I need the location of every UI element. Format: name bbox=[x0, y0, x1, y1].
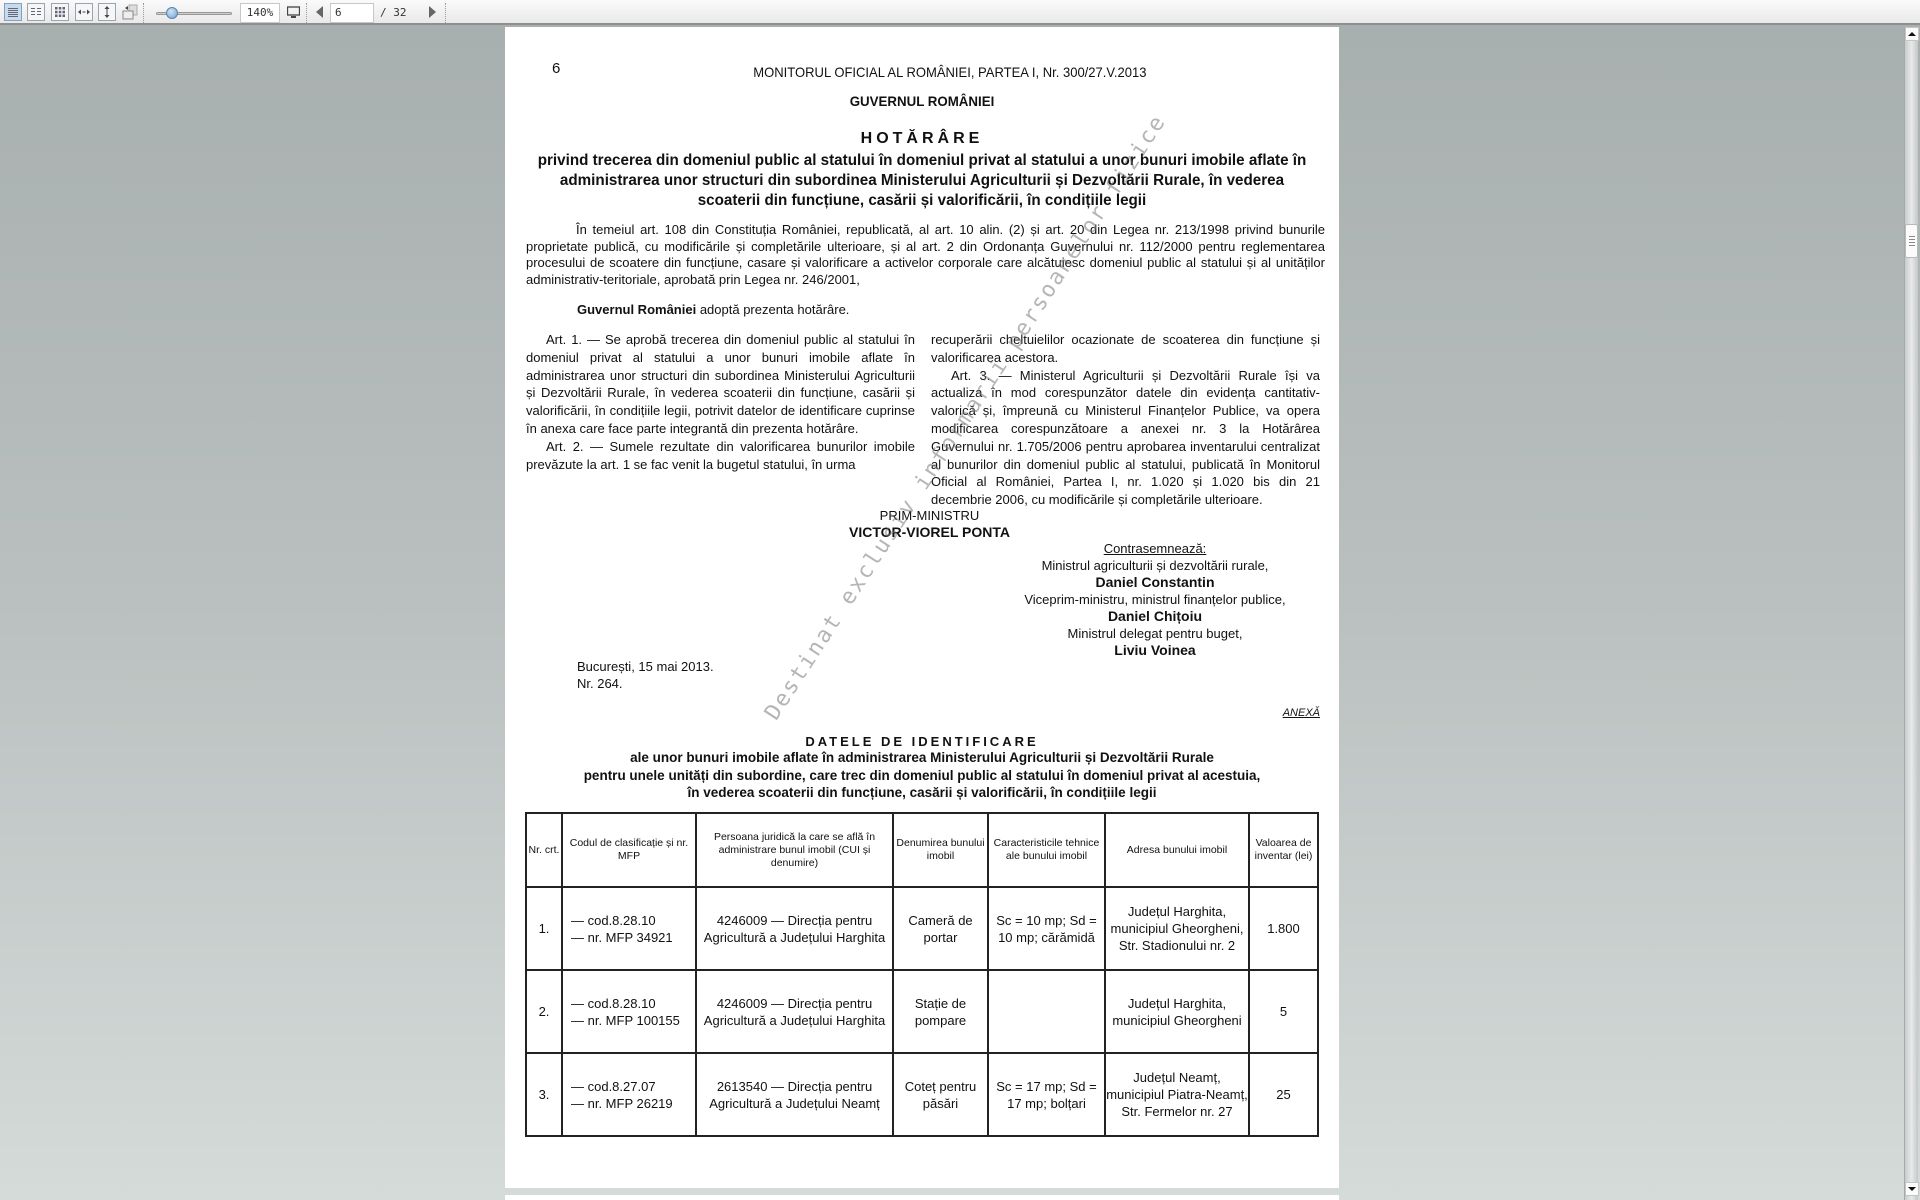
document-type: HOTĂRÂRE bbox=[505, 130, 1339, 148]
countersign-line: Ministrul agriculturii și dezvoltării ru… bbox=[945, 557, 1365, 574]
annex-table: Nr. crt. Codul de clasificație și nr. MF… bbox=[525, 812, 1319, 1137]
prime-minister-title: PRIM-MINISTRU bbox=[505, 508, 1339, 523]
thumbnails-view-button[interactable] bbox=[51, 3, 69, 21]
article-3: Art. 3. — Ministerul Agriculturii și Dez… bbox=[931, 367, 1320, 509]
countersign-line: Ministrul delegat pentru buget, bbox=[945, 625, 1365, 642]
preamble: În temeiul art. 108 din Constituția Româ… bbox=[526, 222, 1325, 288]
thumbnails-view-icon bbox=[54, 6, 66, 18]
presentation-mode-icon[interactable] bbox=[287, 6, 300, 19]
table-cell: 2. bbox=[526, 970, 562, 1053]
table-cell: — cod.8.28.10 — nr. MFP 100155 bbox=[562, 970, 696, 1053]
annex-subtitle-line: ale unor bunuri imobile aflate în admini… bbox=[505, 749, 1339, 767]
table-cell: 5 bbox=[1249, 970, 1318, 1053]
vertical-scrollbar[interactable] bbox=[1904, 27, 1918, 1200]
adoption-line: Guvernul României adoptă prezenta hotărâ… bbox=[577, 302, 849, 317]
two-page-view-button[interactable] bbox=[27, 3, 45, 21]
column-header: Nr. crt. bbox=[526, 813, 562, 887]
issuer: GUVERNUL ROMÂNIEI bbox=[526, 93, 1318, 109]
article-1: Art. 1. — Se aprobă trecerea din domeniu… bbox=[526, 331, 915, 438]
table-cell: Județul Neamț, municipiul Piatra-Neamț, … bbox=[1105, 1053, 1249, 1136]
countersign-line: Daniel Chițoiu bbox=[945, 608, 1365, 625]
scroll-down-button[interactable] bbox=[1905, 1182, 1919, 1196]
toolbar-separator bbox=[306, 3, 308, 23]
single-page-view-icon bbox=[7, 6, 19, 18]
table-cell: 4246009 — Direcția pentru Agricultură a … bbox=[696, 970, 893, 1053]
table-cell: 1.800 bbox=[1249, 887, 1318, 970]
gazette-header: MONITORUL OFICIAL AL ROMÂNIEI, PARTEA I,… bbox=[534, 64, 1310, 80]
table-row: 2.— cod.8.28.10 — nr. MFP 1001554246009 … bbox=[526, 970, 1318, 1053]
table-cell: 25 bbox=[1249, 1053, 1318, 1136]
toolbar-separator bbox=[143, 3, 145, 23]
articles-left-column: Art. 1. — Se aprobă trecerea din domeniu… bbox=[526, 331, 915, 473]
countersign-line: Viceprim-ministru, ministrul finanțelor … bbox=[945, 591, 1365, 608]
column-header: Persoana juridică la care se află în adm… bbox=[696, 813, 893, 887]
articles-right-column: recuperării cheltuielilor ocazionate de … bbox=[931, 331, 1320, 509]
table-cell: 3. bbox=[526, 1053, 562, 1136]
table-cell: Sc = 10 mp; Sd = 10 mp; cărămidă bbox=[988, 887, 1105, 970]
rotate-button[interactable] bbox=[121, 3, 139, 21]
table-header-row: Nr. crt. Codul de clasificație și nr. MF… bbox=[526, 813, 1318, 887]
table-cell: Județul Harghita, municipiul Gheorgheni bbox=[1105, 970, 1249, 1053]
next-page-button[interactable] bbox=[429, 6, 436, 18]
zoom-level-field[interactable]: 140% bbox=[240, 3, 280, 23]
column-header: Adresa bunului imobil bbox=[1105, 813, 1249, 887]
table-cell: 4246009 — Direcția pentru Agricultură a … bbox=[696, 887, 893, 970]
adoption-text: adoptă prezenta hotărâre. bbox=[696, 302, 849, 317]
toolbar-separator bbox=[445, 3, 447, 23]
table-cell: Stație de pompare bbox=[893, 970, 988, 1053]
decision-number: Nr. 264. bbox=[577, 675, 714, 692]
next-document-page bbox=[505, 1195, 1339, 1200]
countersign-line: Liviu Voinea bbox=[945, 642, 1365, 659]
prime-minister-name: VICTOR-VIOREL PONTA bbox=[505, 524, 1339, 540]
table-cell: 2613540 — Direcția pentru Agricultură a … bbox=[696, 1053, 893, 1136]
place-and-number: București, 15 mai 2013. Nr. 264. bbox=[577, 658, 714, 692]
table-row: 1.— cod.8.28.10 — nr. MFP 349214246009 —… bbox=[526, 887, 1318, 970]
table-cell: Coteț pentru păsări bbox=[893, 1053, 988, 1136]
article-2-end: recuperării cheltuielilor ocazionate de … bbox=[931, 331, 1320, 367]
scrollbar-thumb[interactable] bbox=[1905, 224, 1918, 258]
fit-width-icon bbox=[78, 6, 90, 18]
table-cell: — cod.8.28.10 — nr. MFP 34921 bbox=[562, 887, 696, 970]
fit-height-button[interactable] bbox=[98, 3, 116, 21]
place-date: București, 15 mai 2013. bbox=[577, 658, 714, 675]
table-cell: Cameră de portar bbox=[893, 887, 988, 970]
scroll-up-button[interactable] bbox=[1905, 27, 1919, 41]
column-header: Caracteristicile tehnice ale bunului imo… bbox=[988, 813, 1105, 887]
annex-subtitle-line: în vederea scoaterii din funcțiune, casă… bbox=[505, 784, 1339, 802]
document-subtitle: privind trecerea din domeniul public al … bbox=[535, 151, 1308, 211]
table-row: 3.— cod.8.27.07 — nr. MFP 262192613540 —… bbox=[526, 1053, 1318, 1136]
arrow-up-icon bbox=[1908, 32, 1916, 36]
countersign-line: Daniel Constantin bbox=[945, 574, 1365, 591]
table-cell: 1. bbox=[526, 887, 562, 970]
previous-page-button[interactable] bbox=[316, 6, 323, 18]
two-page-view-icon bbox=[30, 6, 42, 18]
viewer-toolbar: 140% 6 / 32 bbox=[0, 0, 1920, 25]
arrow-down-icon bbox=[1908, 1187, 1916, 1191]
annex-subtitle-line: pentru unele unități din subordine, care… bbox=[505, 767, 1339, 785]
table-cell bbox=[988, 970, 1105, 1053]
table-cell: — cod.8.27.07 — nr. MFP 26219 bbox=[562, 1053, 696, 1136]
table-cell: Sc = 17 mp; Sd = 17 mp; bolțari bbox=[988, 1053, 1105, 1136]
adoption-subject: Guvernul României bbox=[577, 302, 696, 317]
countersignatures: Contrasemnează: Ministrul agriculturii ș… bbox=[945, 540, 1365, 659]
annex-label: ANEXĂ bbox=[1283, 707, 1320, 719]
single-page-view-button[interactable] bbox=[4, 3, 22, 21]
column-header: Valoarea de inventar (lei) bbox=[1249, 813, 1318, 887]
annex-subtitle: ale unor bunuri imobile aflate în admini… bbox=[505, 749, 1339, 802]
page-total-label: / 32 bbox=[380, 4, 407, 22]
article-2-start: Art. 2. — Sumele rezultate din valorific… bbox=[526, 438, 915, 474]
table-cell: Județul Harghita, municipiul Gheorgheni,… bbox=[1105, 887, 1249, 970]
zoom-slider-handle[interactable] bbox=[166, 7, 178, 19]
rotate-icon bbox=[122, 4, 138, 20]
column-header: Codul de clasificație și nr. MFP bbox=[562, 813, 696, 887]
document-page: 6 MONITORUL OFICIAL AL ROMÂNIEI, PARTEA … bbox=[505, 27, 1339, 1188]
countersign-label: Contrasemnează: bbox=[945, 540, 1365, 557]
page-number-input[interactable]: 6 bbox=[330, 3, 374, 23]
column-header: Denumirea bunului imobil bbox=[893, 813, 988, 887]
fit-width-button[interactable] bbox=[75, 3, 93, 21]
annex-title: DATELE DE IDENTIFICARE bbox=[505, 734, 1339, 749]
fit-height-icon bbox=[101, 6, 113, 18]
